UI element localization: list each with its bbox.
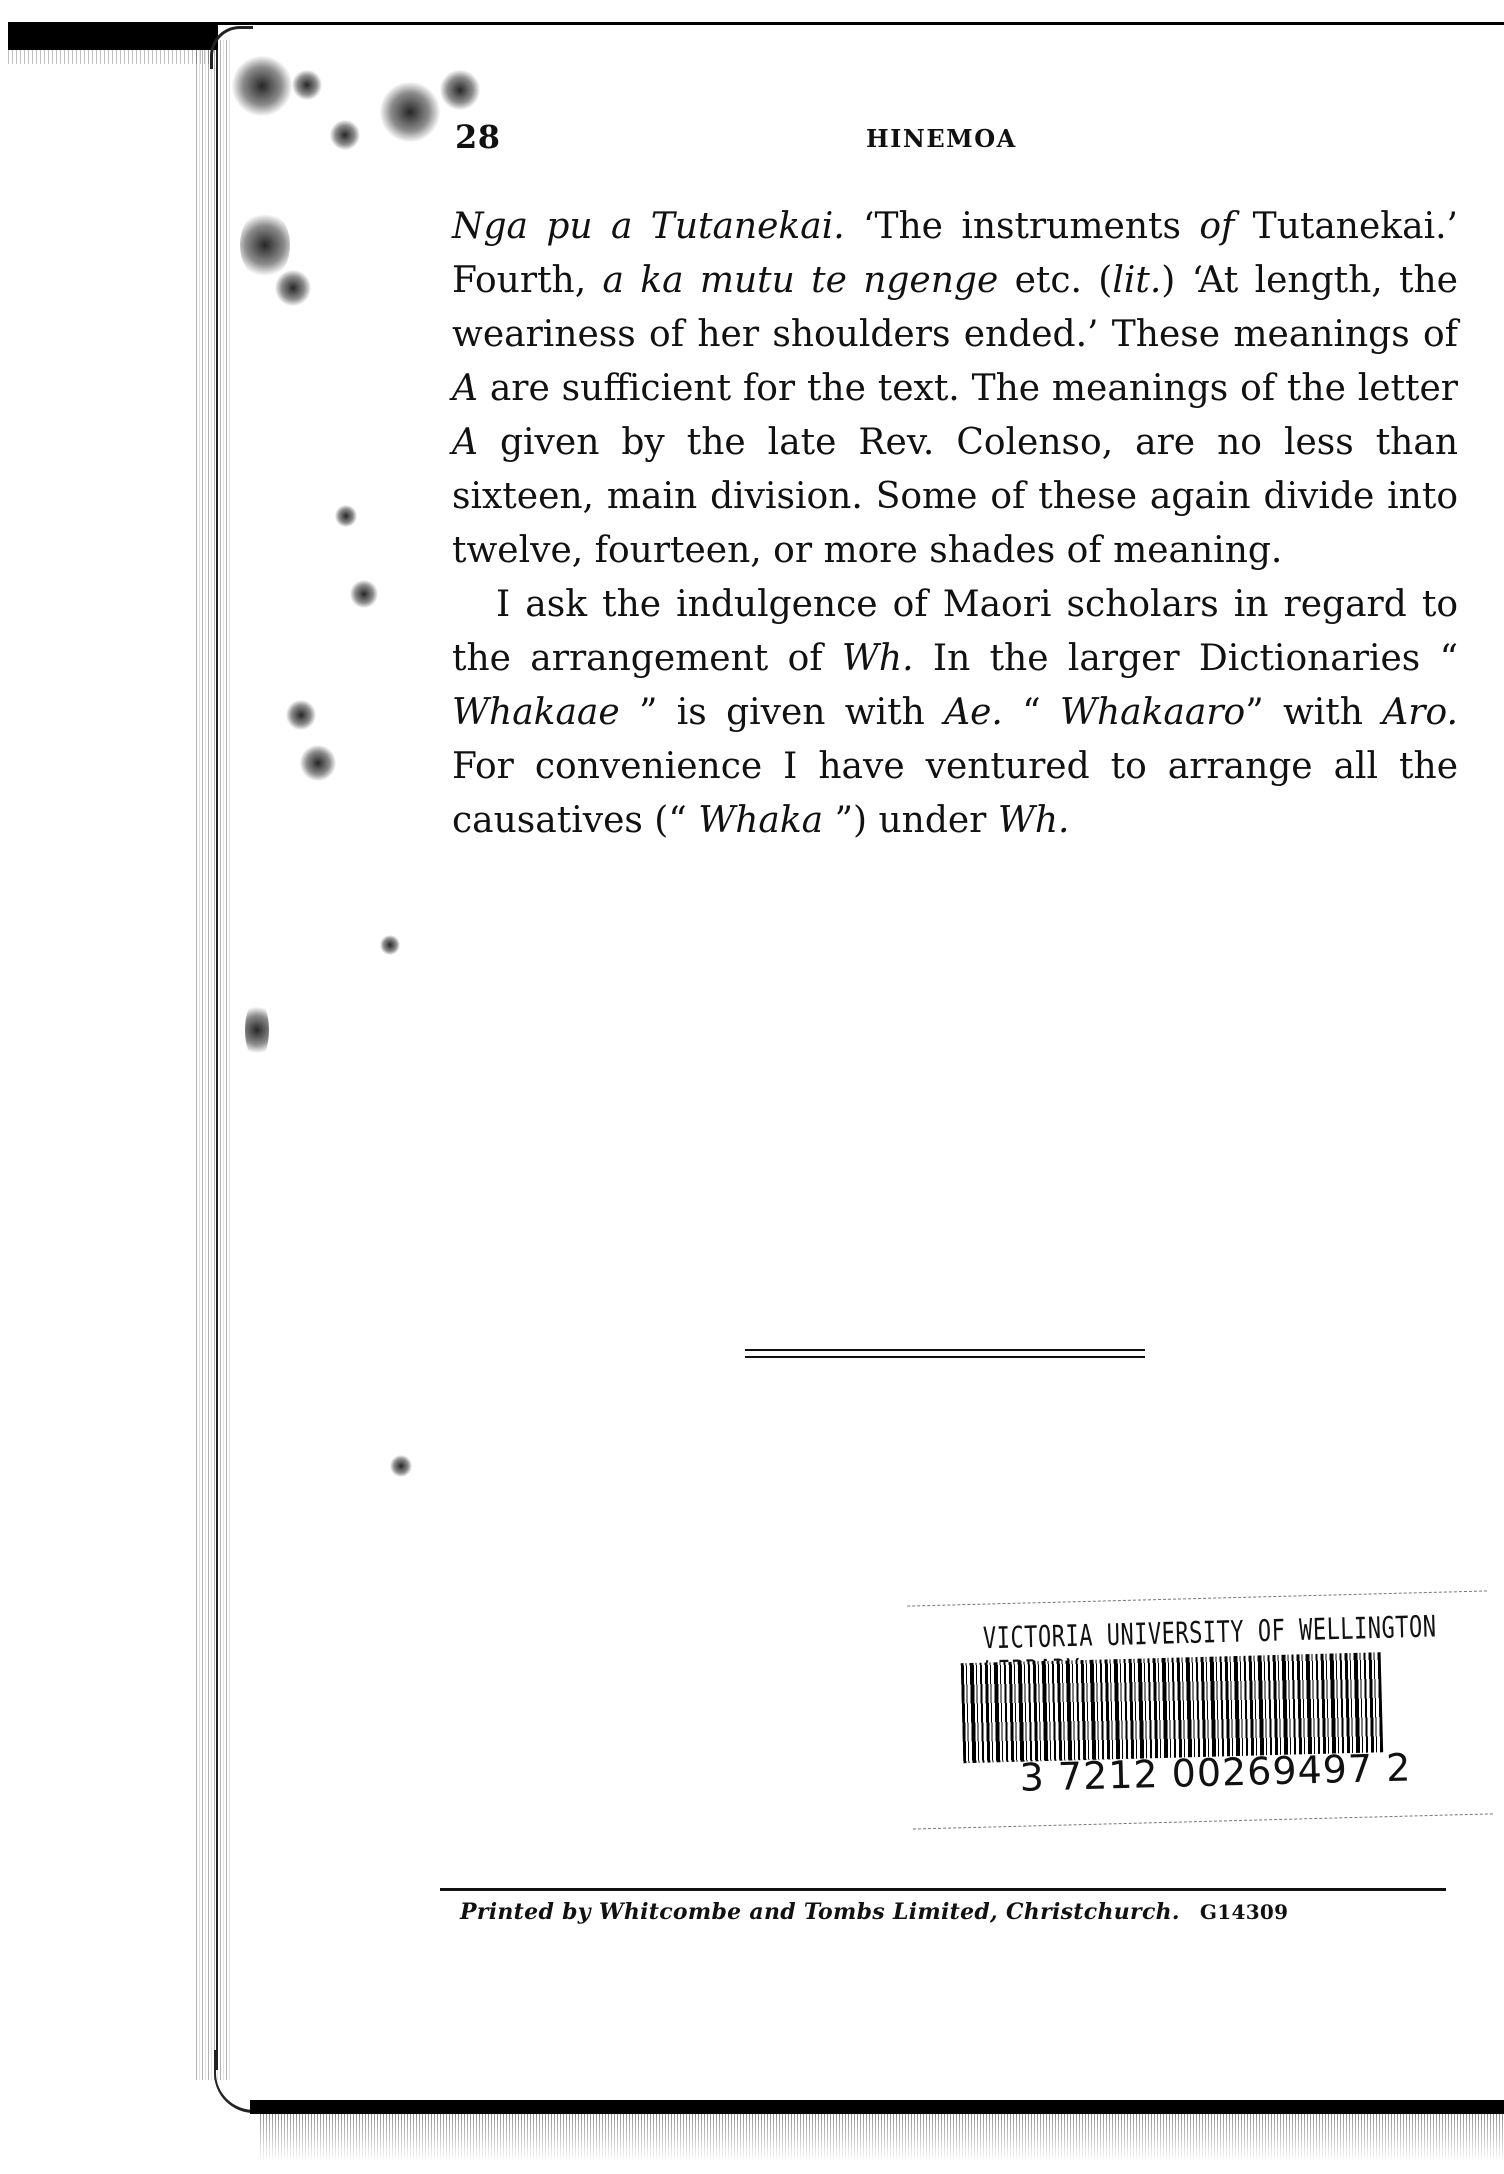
foxing-spot	[335, 505, 357, 527]
foxing-spot	[232, 56, 292, 116]
foxing-spot	[245, 1000, 269, 1060]
foxing-spot	[240, 210, 290, 280]
barcode-icon	[961, 1652, 1383, 1763]
scan-top-left-shadow	[8, 24, 218, 50]
foxing-spot	[350, 580, 378, 608]
foxing-spot	[380, 82, 440, 142]
foxing-spot	[440, 70, 480, 110]
text-run: ” with	[1245, 692, 1382, 733]
abbreviation: lit.	[1112, 260, 1161, 301]
maori-word: Whakaaro	[1060, 692, 1245, 733]
maori-phrase: Nga pu a Tutanekai.	[452, 206, 845, 247]
letter-reference: A	[452, 368, 478, 409]
foxing-spot	[286, 700, 316, 730]
maori-phrase: a ka mutu te ngenge	[602, 260, 998, 301]
maori-word: Whakaae	[452, 692, 620, 733]
text-run: ” is given with	[620, 692, 944, 733]
page-number: 28	[455, 118, 501, 156]
text-run: “	[1003, 692, 1060, 733]
text-run: etc. (	[998, 260, 1112, 301]
letter-reference: Wh.	[842, 638, 914, 679]
foxing-spot	[380, 935, 400, 955]
paragraph-2: I ask the indulgence of Maori scholars i…	[452, 578, 1458, 848]
text-run: In the larger Dictionaries “	[914, 638, 1458, 679]
text-run: are sufficient for the text. The meaning…	[478, 368, 1458, 409]
text-run: ‘The instruments	[845, 206, 1200, 247]
scan-top-shadow-noise	[8, 50, 218, 64]
library-barcode-label: VICTORIA UNIVERSITY OF WELLINGTON LIBRAR…	[907, 1590, 1493, 1829]
imprint-text: Printed by Whitcombe and Tombs Limited, …	[460, 1899, 1180, 1925]
printer-imprint: Printed by Whitcombe and Tombs Limited, …	[460, 1899, 1288, 1925]
foxing-spot	[275, 270, 311, 306]
section-end-double-rule	[745, 1349, 1145, 1358]
letter-reference: A	[452, 422, 478, 463]
imprint-rule	[440, 1888, 1446, 1891]
imprint-code: G14309	[1200, 1900, 1288, 1924]
barcode-number: 3 7212 00269497 2	[1019, 1745, 1412, 1799]
letter-reference: Ae.	[944, 692, 1003, 733]
letter-reference: Wh.	[998, 800, 1070, 841]
text-run: ”) under	[823, 800, 998, 841]
body-text: Nga pu a Tutanekai. ‘The instruments of …	[452, 200, 1458, 848]
paragraph-1: Nga pu a Tutanekai. ‘The instruments of …	[452, 200, 1458, 578]
foxing-spot	[300, 745, 336, 781]
scan-bottom-shadow	[260, 2112, 1504, 2162]
text-run: given by the late Rev. Colenso, are no l…	[452, 422, 1458, 571]
letter-reference: Aro.	[1382, 692, 1458, 733]
book-gutter	[196, 40, 230, 2080]
foxing-spot	[292, 70, 322, 100]
scan-top-edge	[8, 22, 1504, 25]
foxing-spot	[390, 1455, 412, 1477]
maori-word: Whaka	[698, 800, 823, 841]
emphasis: of	[1199, 206, 1234, 247]
foxing-spot	[330, 120, 360, 150]
page-left-edge	[216, 50, 218, 2070]
running-title: HINEMOA	[866, 124, 1017, 153]
